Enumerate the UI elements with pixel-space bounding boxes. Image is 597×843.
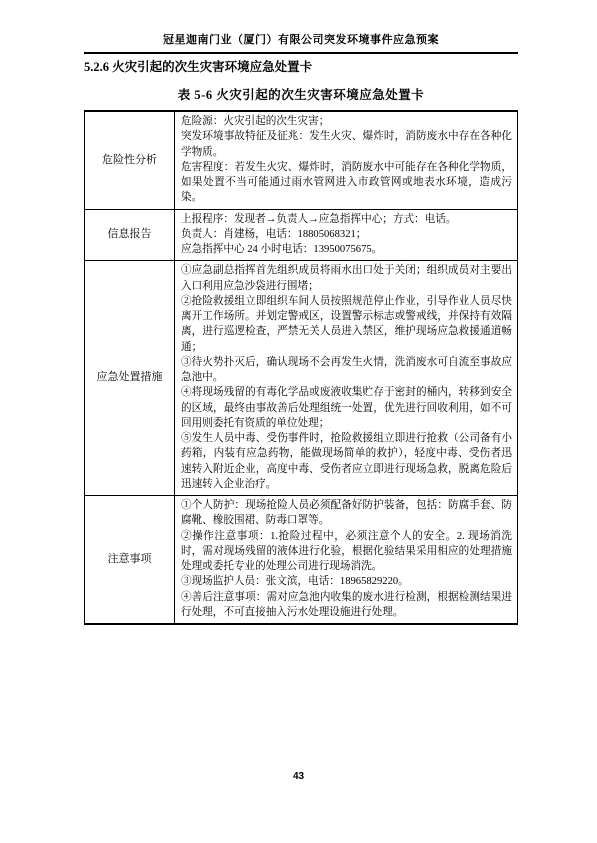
- cell-paragraph: ③现场监护人员：张文滨，电话：18965829220。: [181, 574, 512, 589]
- section-heading: 5.2.6 火灾引起的次生灾害环境应急处置卡: [84, 57, 518, 75]
- row-label-information-report: 信息报告: [85, 209, 175, 261]
- cell-paragraph: ①应急副总指挥首先组织成员将雨水出口处于关闭；组织成员对主要出入口利用应急沙袋进…: [181, 263, 512, 294]
- cell-paragraph: ②抢险救援组立即组织车间人员按照规范停止作业，引导作业人员尽快离开工作场所。并划…: [181, 294, 512, 355]
- cell-paragraph: 危险源：火灾引起的次生灾害；: [181, 114, 512, 129]
- table-row-hazard-analysis: 危险性分析 危险源：火灾引起的次生灾害； 突发环境事故特征及征兆：发生火灾、爆炸…: [85, 111, 518, 209]
- cell-paragraph: 应急指挥中心 24 小时电话：13950075675。: [181, 242, 512, 257]
- cell-paragraph: ④善后注意事项：需对应急池内收集的废水进行检测，根据检测结果进行处理，不可直接抽…: [181, 590, 512, 621]
- cell-paragraph: 负责人：肖建杨，电话：18805068321；: [181, 227, 512, 242]
- row-content-precautions: ①个人防护：现场抢险人员必须配备好防护装备，包括：防腐手套、防腐靴、橡胶围裙、防…: [175, 496, 518, 625]
- table-caption: 表 5-6 火灾引起的次生灾害环境应急处置卡: [84, 85, 518, 103]
- cell-paragraph: 上报程序：发现者→负责人→应急指挥中心；方式：电话。: [181, 212, 512, 227]
- row-label-precautions: 注意事项: [85, 496, 175, 625]
- table-row-information-report: 信息报告 上报程序：发现者→负责人→应急指挥中心；方式：电话。 负责人：肖建杨，…: [85, 209, 518, 261]
- table-row-precautions: 注意事项 ①个人防护：现场抢险人员必须配备好防护装备，包括：防腐手套、防腐靴、橡…: [85, 496, 518, 625]
- row-label-response-measures: 应急处置措施: [85, 261, 175, 496]
- row-label-hazard-analysis: 危险性分析: [85, 111, 175, 209]
- row-content-hazard-analysis: 危险源：火灾引起的次生灾害； 突发环境事故特征及征兆：发生火灾、爆炸时，消防废水…: [175, 111, 518, 209]
- document-page: 冠星迦南门业（厦门）有限公司突发环境事件应急预案 5.2.6 火灾引起的次生灾害…: [0, 0, 597, 843]
- cell-paragraph: 突发环境事故特征及征兆：发生火灾、爆炸时，消防废水中存在各种化学物质。: [181, 129, 512, 160]
- table-row-response-measures: 应急处置措施 ①应急副总指挥首先组织成员将雨水出口处于关闭；组织成员对主要出入口…: [85, 261, 518, 496]
- cell-paragraph: ⑤发生人员中毒、受伤事件时，抢险救援组立即进行抢救（公司备有小药箱，内装有应急药…: [181, 431, 512, 492]
- cell-paragraph: ②操作注意事项：1.抢险过程中，必须注意个人的安全。2. 现场消洗时，需对现场残…: [181, 529, 512, 575]
- cell-paragraph: ①个人防护：现场抢险人员必须配备好防护装备，包括：防腐手套、防腐靴、橡胶围裙、防…: [181, 498, 512, 529]
- page-number: 43: [0, 771, 597, 782]
- cell-paragraph: ④将现场残留的有毒化学品或废液收集贮存于密封的桶内，转移到安全的区域，最终由事故…: [181, 385, 512, 431]
- row-content-information-report: 上报程序：发现者→负责人→应急指挥中心；方式：电话。 负责人：肖建杨，电话：18…: [175, 209, 518, 261]
- emergency-response-card-table: 危险性分析 危险源：火灾引起的次生灾害； 突发环境事故特征及征兆：发生火灾、爆炸…: [84, 110, 518, 625]
- cell-paragraph: ③待火势扑灭后，确认现场不会再发生火情，洗消废水可自流至事故应急池中。: [181, 355, 512, 386]
- document-header-title: 冠星迦南门业（厦门）有限公司突发环境事件应急预案: [84, 31, 518, 54]
- cell-paragraph: 危害程度：若发生火灾、爆炸时，消防废水中可能存在各种化学物质，如果处置不当可能通…: [181, 160, 512, 206]
- row-content-response-measures: ①应急副总指挥首先组织成员将雨水出口处于关闭；组织成员对主要出入口利用应急沙袋进…: [175, 261, 518, 496]
